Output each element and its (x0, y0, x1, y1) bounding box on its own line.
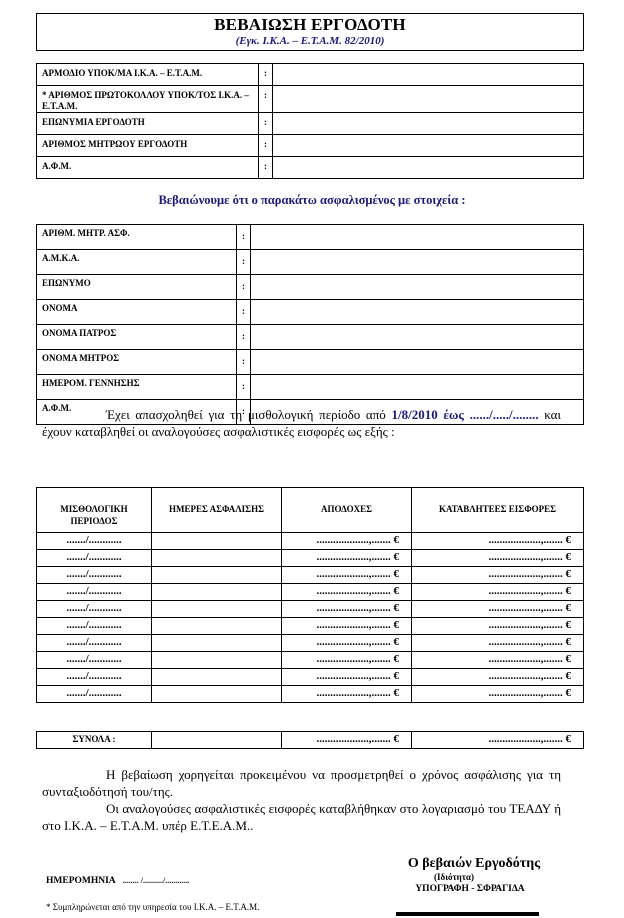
earnings-field[interactable]: ...................,....... € (282, 669, 412, 686)
column-header: ΑΠΟΔΟΧΕΣ (282, 488, 412, 533)
insured-field-value-field[interactable] (251, 350, 584, 375)
document-header: ΒΕΒΑΙΩΣΗ ΕΡΓΟΔΟΤΗ (Εγκ. Ι.Κ.Α. – Ε.Τ.Α.Μ… (36, 13, 584, 51)
payment-paragraph: Οι αναλογούσες ασφαλιστικές εισφορές κατ… (42, 800, 561, 834)
employer-field-label: ΑΡΜΟΔΙΟ ΥΠΟΚ/ΜΑ Ι.Κ.Α. – Ε.Τ.Α.Μ. (37, 64, 259, 86)
table-row: ......./...............................,… (37, 567, 584, 584)
table-row: ......./...............................,… (37, 584, 584, 601)
date-field[interactable]: ........ /........../............ (123, 876, 189, 885)
contributions-field[interactable]: ...................,....... € (412, 618, 584, 635)
employer-field-value-field[interactable] (273, 113, 584, 135)
separator: : (237, 375, 251, 400)
period-field[interactable]: ......./............ (37, 686, 152, 703)
totals-table: ΣΥΝΟΛΑ : ...................,....... € .… (36, 731, 584, 749)
signer-capacity: (Ιδιότητα) (384, 872, 524, 883)
table-row: ......./...............................,… (37, 550, 584, 567)
separator: : (259, 135, 273, 157)
footnote: * Συμπληρώνεται από την υπηρεσία του Ι.Κ… (46, 902, 259, 912)
earnings-field[interactable]: ...................,....... € (282, 584, 412, 601)
contributions-field[interactable]: ...................,....... € (412, 533, 584, 550)
table-row: ......./...............................,… (37, 686, 584, 703)
employer-field-value-field[interactable] (273, 157, 584, 179)
earnings-field[interactable]: ...................,....... € (282, 686, 412, 703)
insured-field-value-field[interactable] (251, 300, 584, 325)
document-subtitle: (Εγκ. Ι.Κ.Α. – Ε.Τ.Α.Μ. 82/2010) (37, 35, 583, 48)
purpose-paragraph: Η βεβαίωση χορηγείται προκειμένου να προ… (42, 766, 561, 800)
separator: : (237, 275, 251, 300)
column-header: ΜΙΣΘΟΛΟΓΙΚΗ ΠΕΡΙΟΔΟΣ (37, 488, 152, 533)
employer-field-value-field[interactable] (273, 135, 584, 157)
earnings-field[interactable]: ...................,....... € (282, 618, 412, 635)
period-field[interactable]: ......./............ (37, 618, 152, 635)
column-header: ΚΑΤΑΒΛΗΤΕΕΣ ΕΙΣΦΟΡΕΣ (412, 488, 584, 533)
period-to-date[interactable]: ....../...../........ (470, 407, 539, 422)
employer-field-row: ΑΡΜΟΔΙΟ ΥΠΟΚ/ΜΑ Ι.Κ.Α. – Ε.Τ.Α.Μ.: (37, 64, 584, 86)
table-row: ......./...............................,… (37, 601, 584, 618)
signature-block: Ο βεβαιών Εργοδότης (Ιδιότητα) ΥΠΟΓΡΑΦΗ … (384, 856, 564, 896)
earnings-field[interactable]: ...................,....... € (282, 533, 412, 550)
insured-field-row: ΕΠΩΝΥΜΟ: (37, 275, 584, 300)
separator: : (259, 64, 273, 86)
insured-field-row: ΗΜΕΡΟΜ. ΓΕΝΝΗΣΗΣ: (37, 375, 584, 400)
days-field[interactable] (152, 567, 282, 584)
signature-line[interactable] (396, 912, 539, 916)
table-row: ......./...............................,… (37, 618, 584, 635)
totals-earnings[interactable]: ...................,....... € (282, 732, 412, 749)
contributions-field[interactable]: ...................,....... € (412, 601, 584, 618)
payments-table: ΜΙΣΘΟΛΟΓΙΚΗ ΠΕΡΙΟΔΟΣΗΜΕΡΕΣ ΑΣΦΑΛΙΣΗΣΑΠΟΔ… (36, 487, 584, 703)
insured-field-label: ΕΠΩΝΥΜΟ (37, 275, 237, 300)
separator: : (259, 86, 273, 113)
date-line: ΗΜΕΡΟΜΗΝΙΑ ........ /........../........… (46, 876, 189, 886)
totals-row: ΣΥΝΟΛΑ : ...................,....... € .… (37, 732, 584, 749)
days-field[interactable] (152, 618, 282, 635)
employer-field-row: ΑΡΙΘΜΟΣ ΜΗΤΡΩΟΥ ΕΡΓΟΔΟΤΗ: (37, 135, 584, 157)
contributions-field[interactable]: ...................,....... € (412, 567, 584, 584)
days-field[interactable] (152, 584, 282, 601)
totals-label: ΣΥΝΟΛΑ : (37, 732, 152, 749)
earnings-field[interactable]: ...................,....... € (282, 550, 412, 567)
days-field[interactable] (152, 550, 282, 567)
separator: : (237, 325, 251, 350)
document-title: ΒΕΒΑΙΩΣΗ ΕΡΓΟΔΟΤΗ (37, 15, 583, 35)
period-field[interactable]: ......./............ (37, 669, 152, 686)
earnings-field[interactable]: ...................,....... € (282, 601, 412, 618)
insured-field-label: ΟΝΟΜΑ (37, 300, 237, 325)
earnings-field[interactable]: ...................,....... € (282, 652, 412, 669)
insured-field-row: ΑΡΙΘΜ. ΜΗΤΡ. ΑΣΦ.: (37, 225, 584, 250)
employer-field-row: * ΑΡΙΘΜΟΣ ΠΡΩΤΟΚΟΛΛΟΥ ΥΠΟΚ/ΤΟΣ Ι.Κ.Α. – … (37, 86, 584, 113)
employer-field-label: Α.Φ.Μ. (37, 157, 259, 179)
contributions-field[interactable]: ...................,....... € (412, 635, 584, 652)
period-field[interactable]: ......./............ (37, 567, 152, 584)
insured-field-row: ΟΝΟΜΑ ΠΑΤΡΟΣ: (37, 325, 584, 350)
table-row: ......./...............................,… (37, 635, 584, 652)
employer-field-value-field[interactable] (273, 86, 584, 113)
employment-period-text: Έχει απασχοληθεί για τη μισθολογική περί… (42, 406, 561, 440)
employer-field-row: Α.Φ.Μ.: (37, 157, 584, 179)
insured-field-value-field[interactable] (251, 375, 584, 400)
employer-field-label: ΕΠΩΝΥΜΙΑ ΕΡΓΟΔΟΤΗ (37, 113, 259, 135)
employer-details-table: ΑΡΜΟΔΙΟ ΥΠΟΚ/ΜΑ Ι.Κ.Α. – Ε.Τ.Α.Μ.:* ΑΡΙΘ… (36, 63, 584, 179)
separator: : (259, 157, 273, 179)
signer-title: Ο βεβαιών Εργοδότης (384, 856, 564, 872)
insured-field-label: ΟΝΟΜΑ ΜΗΤΡΟΣ (37, 350, 237, 375)
insured-field-label: ΟΝΟΜΑ ΠΑΤΡΟΣ (37, 325, 237, 350)
insured-field-value-field[interactable] (251, 225, 584, 250)
insured-field-row: Α.Μ.Κ.Α.: (37, 250, 584, 275)
separator: : (237, 350, 251, 375)
employer-field-label: * ΑΡΙΘΜΟΣ ΠΡΩΤΟΚΟΛΛΟΥ ΥΠΟΚ/ΤΟΣ Ι.Κ.Α. – … (37, 86, 259, 113)
date-label: ΗΜΕΡΟΜΗΝΙΑ (46, 876, 116, 886)
period-field[interactable]: ......./............ (37, 601, 152, 618)
days-field[interactable] (152, 601, 282, 618)
table-row: ......./...............................,… (37, 652, 584, 669)
insured-field-value-field[interactable] (251, 250, 584, 275)
days-field[interactable] (152, 635, 282, 652)
contributions-field[interactable]: ...................,....... € (412, 550, 584, 567)
period-field[interactable]: ......./............ (37, 635, 152, 652)
separator: : (259, 113, 273, 135)
contributions-field[interactable]: ...................,....... € (412, 652, 584, 669)
table-row: ......./...............................,… (37, 533, 584, 550)
totals-days[interactable] (152, 732, 282, 749)
period-field[interactable]: ......./............ (37, 652, 152, 669)
contributions-field[interactable]: ...................,....... € (412, 669, 584, 686)
insured-field-label: ΗΜΕΡΟΜ. ΓΕΝΝΗΣΗΣ (37, 375, 237, 400)
certify-heading: Βεβαιώνουμε ότι ο παρακάτω ασφαλισμένος … (0, 193, 624, 208)
period-field[interactable]: ......./............ (37, 550, 152, 567)
insured-field-value-field[interactable] (251, 275, 584, 300)
days-field[interactable] (152, 669, 282, 686)
separator: : (237, 300, 251, 325)
insured-details-table: ΑΡΙΘΜ. ΜΗΤΡ. ΑΣΦ.:Α.Μ.Κ.Α.:ΕΠΩΝΥΜΟ:ΟΝΟΜΑ… (36, 224, 584, 425)
employer-field-label: ΑΡΙΘΜΟΣ ΜΗΤΡΩΟΥ ΕΡΓΟΔΟΤΗ (37, 135, 259, 157)
earnings-field[interactable]: ...................,....... € (282, 635, 412, 652)
insured-field-row: ΟΝΟΜΑ: (37, 300, 584, 325)
employer-field-value-field[interactable] (273, 64, 584, 86)
separator: : (237, 250, 251, 275)
days-field[interactable] (152, 652, 282, 669)
employer-field-row: ΕΠΩΝΥΜΙΑ ΕΡΓΟΔΟΤΗ: (37, 113, 584, 135)
table-row: ......./...............................,… (37, 669, 584, 686)
days-field[interactable] (152, 686, 282, 703)
insured-field-label: ΑΡΙΘΜ. ΜΗΤΡ. ΑΣΦ. (37, 225, 237, 250)
period-field[interactable]: ......./............ (37, 584, 152, 601)
days-field[interactable] (152, 533, 282, 550)
column-header: ΗΜΕΡΕΣ ΑΣΦΑΛΙΣΗΣ (152, 488, 282, 533)
separator: : (237, 225, 251, 250)
period-from-date: 1/8/2010 έως (391, 407, 463, 422)
contributions-field[interactable]: ...................,....... € (412, 584, 584, 601)
insured-field-value-field[interactable] (251, 325, 584, 350)
insured-field-row: ΟΝΟΜΑ ΜΗΤΡΟΣ: (37, 350, 584, 375)
insured-field-label: Α.Μ.Κ.Α. (37, 250, 237, 275)
earnings-field[interactable]: ...................,....... € (282, 567, 412, 584)
period-field[interactable]: ......./............ (37, 533, 152, 550)
totals-contributions[interactable]: ...................,....... € (412, 732, 584, 749)
signature-label: ΥΠΟΓΡΑΦΗ - ΣΦΡΑΓΙΔΑ (384, 883, 556, 896)
contributions-field[interactable]: ...................,....... € (412, 686, 584, 703)
